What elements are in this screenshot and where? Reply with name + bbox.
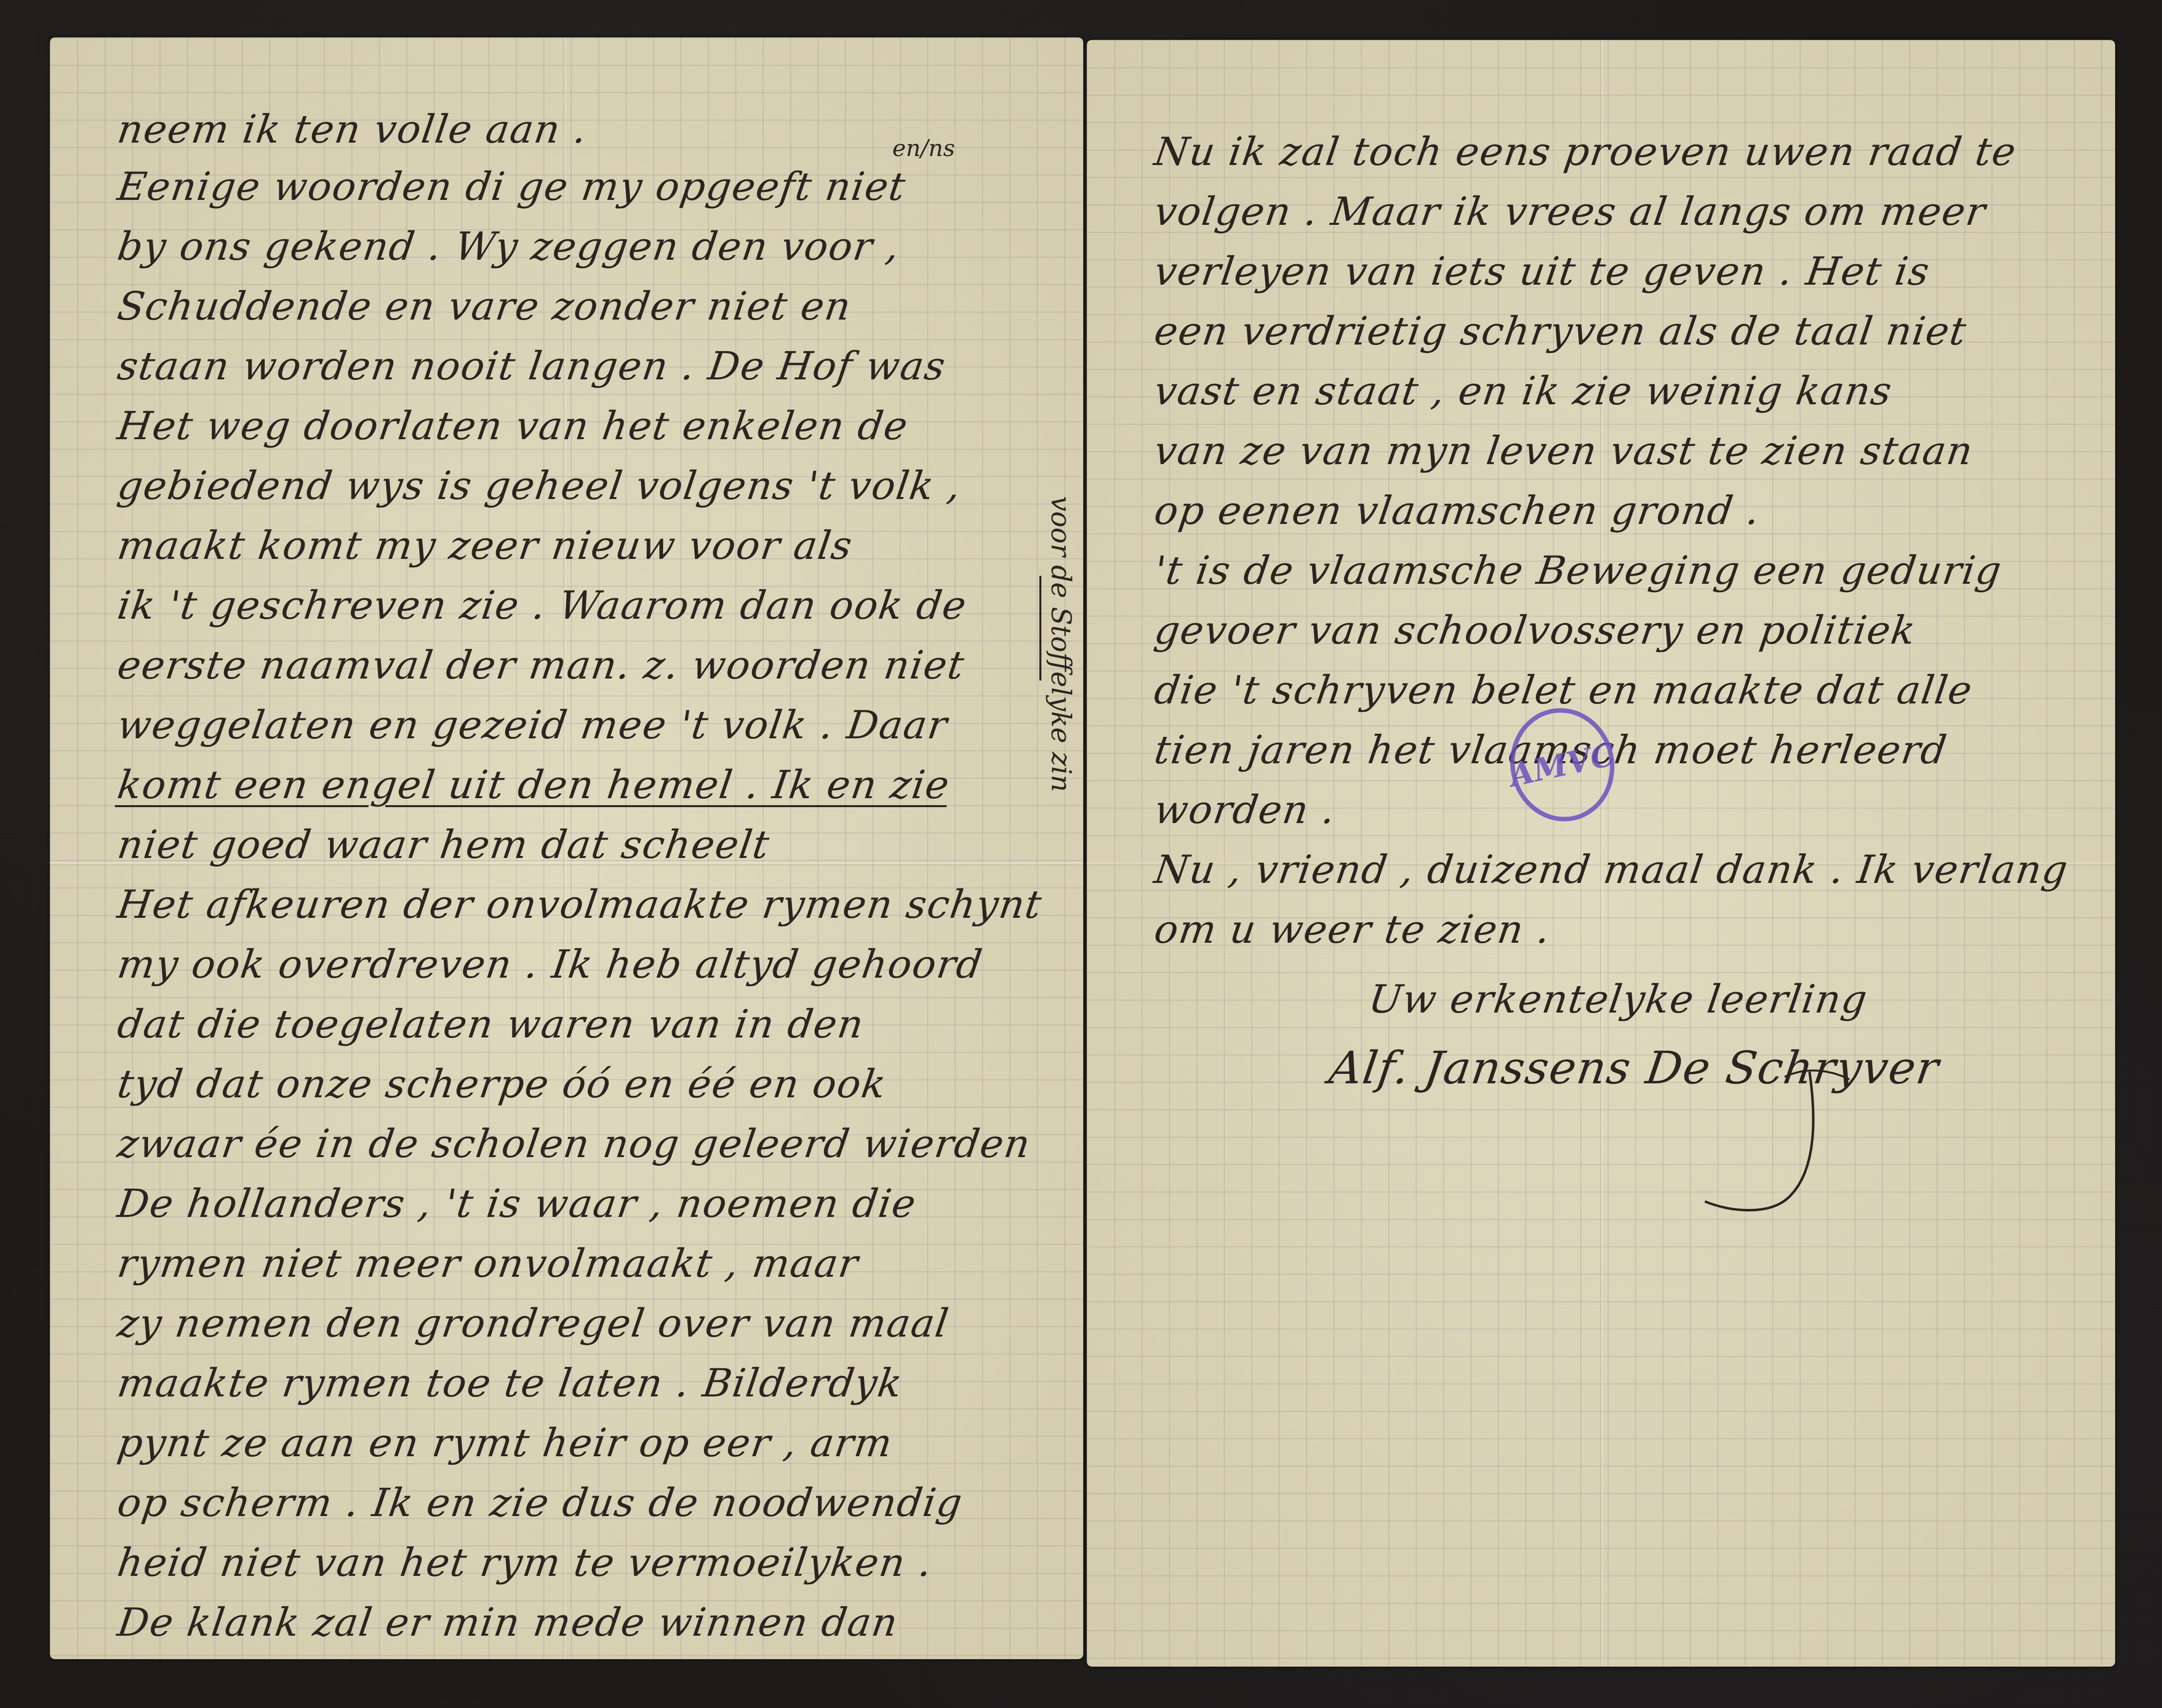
letter-line: maakt komt my zeer nieuw voor als: [115, 523, 855, 568]
letter-line: De hollanders , 't is waar , noemen die: [115, 1182, 919, 1226]
letter-line: van ze van myn leven vast te zien staan: [1152, 429, 1976, 474]
letter-line: worden .: [1152, 788, 1339, 833]
right-page: Nu ik zal toch eens proeven uwen raad te…: [1087, 40, 2115, 1667]
letter-line: een verdrietig schryven als de taal niet: [1152, 309, 1970, 354]
letter-line: weggelaten en gezeid mee 't volk . Daar: [115, 703, 951, 748]
letter-line-text: by ons gekend . Wy zeggen den voor ,: [115, 224, 903, 269]
letter-line: Schuddende en vare zonder niet en: [115, 284, 854, 329]
letter-line: gevoer van schoolvossery en politiek: [1152, 608, 1919, 653]
letter-line: neem ik ten volle aan .: [115, 107, 590, 152]
letter-line: om u weer te zien .: [1152, 907, 1554, 952]
letter-line: Het weg doorlaten van het enkelen de: [115, 404, 911, 449]
signature-flourish-icon: [1660, 1067, 1869, 1226]
letter-line: Eenige woorden di ge my opgeeft niet: [115, 165, 909, 209]
letter-line: Nu , vriend , duizend maal dank . Ik ver…: [1152, 848, 2071, 892]
letter-line: dat die toegelaten waren van in den: [115, 1002, 867, 1047]
letter-line: gebiedend wys is geheel volgens 't volk …: [115, 464, 964, 509]
letter-line: Nu ik zal toch eens proeven uwen raad te: [1152, 130, 2019, 174]
letter-line: niet goed waar hem dat scheelt: [115, 823, 773, 867]
letter-line: komt een engel uit den hemel . Ik en zie: [115, 763, 953, 808]
letter-line: op eenen vlaamschen grond .: [1152, 489, 1763, 533]
letter-line: die 't schryven belet en maakte dat alle: [1152, 668, 1976, 713]
letter-line: heid niet van het rym te vermoeilyken .: [115, 1540, 936, 1585]
letter-line: staan worden nooit langen . De Hof was: [115, 344, 949, 389]
margin-bracket-rule: [1039, 576, 1041, 681]
letter-line: by ons gekend . Wy zeggen den voor ,: [115, 224, 903, 269]
letter-line: Het afkeuren der onvolmaakte rymen schyn…: [115, 882, 1045, 927]
letter-line: rymen niet meer onvolmaakt , maar: [115, 1241, 861, 1286]
letter-line: ik 't geschreven zie . Waarom dan ook de: [115, 583, 970, 628]
letter-line: De klank zal er min mede winnen dan: [115, 1600, 901, 1645]
letter-line: maakte rymen toe te laten . Bilderdyk: [115, 1361, 906, 1406]
letter-line: my ook overdreven . Ik heb altyd gehoord: [115, 942, 986, 987]
letter-line: verleyen van iets uit te geven . Het is: [1152, 249, 1933, 294]
archive-stamp: AMVC: [1500, 698, 1625, 831]
left-page: neem ik ten volle aan . en/ns Eenige woo…: [50, 37, 1083, 1659]
closing-salutation: Uw erkentelyke leerling: [1366, 977, 1870, 1022]
letter-line: zwaar ée in de scholen nog geleerd wierd…: [115, 1122, 1033, 1167]
letter-line: eerste naamval der man. z. woorden niet: [115, 643, 968, 688]
letter-line: vast en staat , en ik zie weinig kans: [1152, 369, 1895, 414]
letter-line: pynt ze aan en rymt heir op eer , arm: [115, 1421, 896, 1466]
letter-line: zy nemen den grondregel over van maal: [115, 1301, 952, 1346]
letter-line: tyd dat onze scherpe óó en éé en ook: [115, 1062, 889, 1107]
interlinear-insertion: en/ns: [892, 135, 955, 162]
margin-note: voor de Stoffelyke zin: [1045, 496, 1077, 792]
letter-line: volgen . Maar ik vrees al langs om meer: [1152, 189, 1989, 234]
letter-line: op scherm . Ik en zie dus de noodwendig: [115, 1481, 966, 1526]
letter-line: 't is de vlaamsche Beweging een gedurig: [1152, 548, 2005, 593]
